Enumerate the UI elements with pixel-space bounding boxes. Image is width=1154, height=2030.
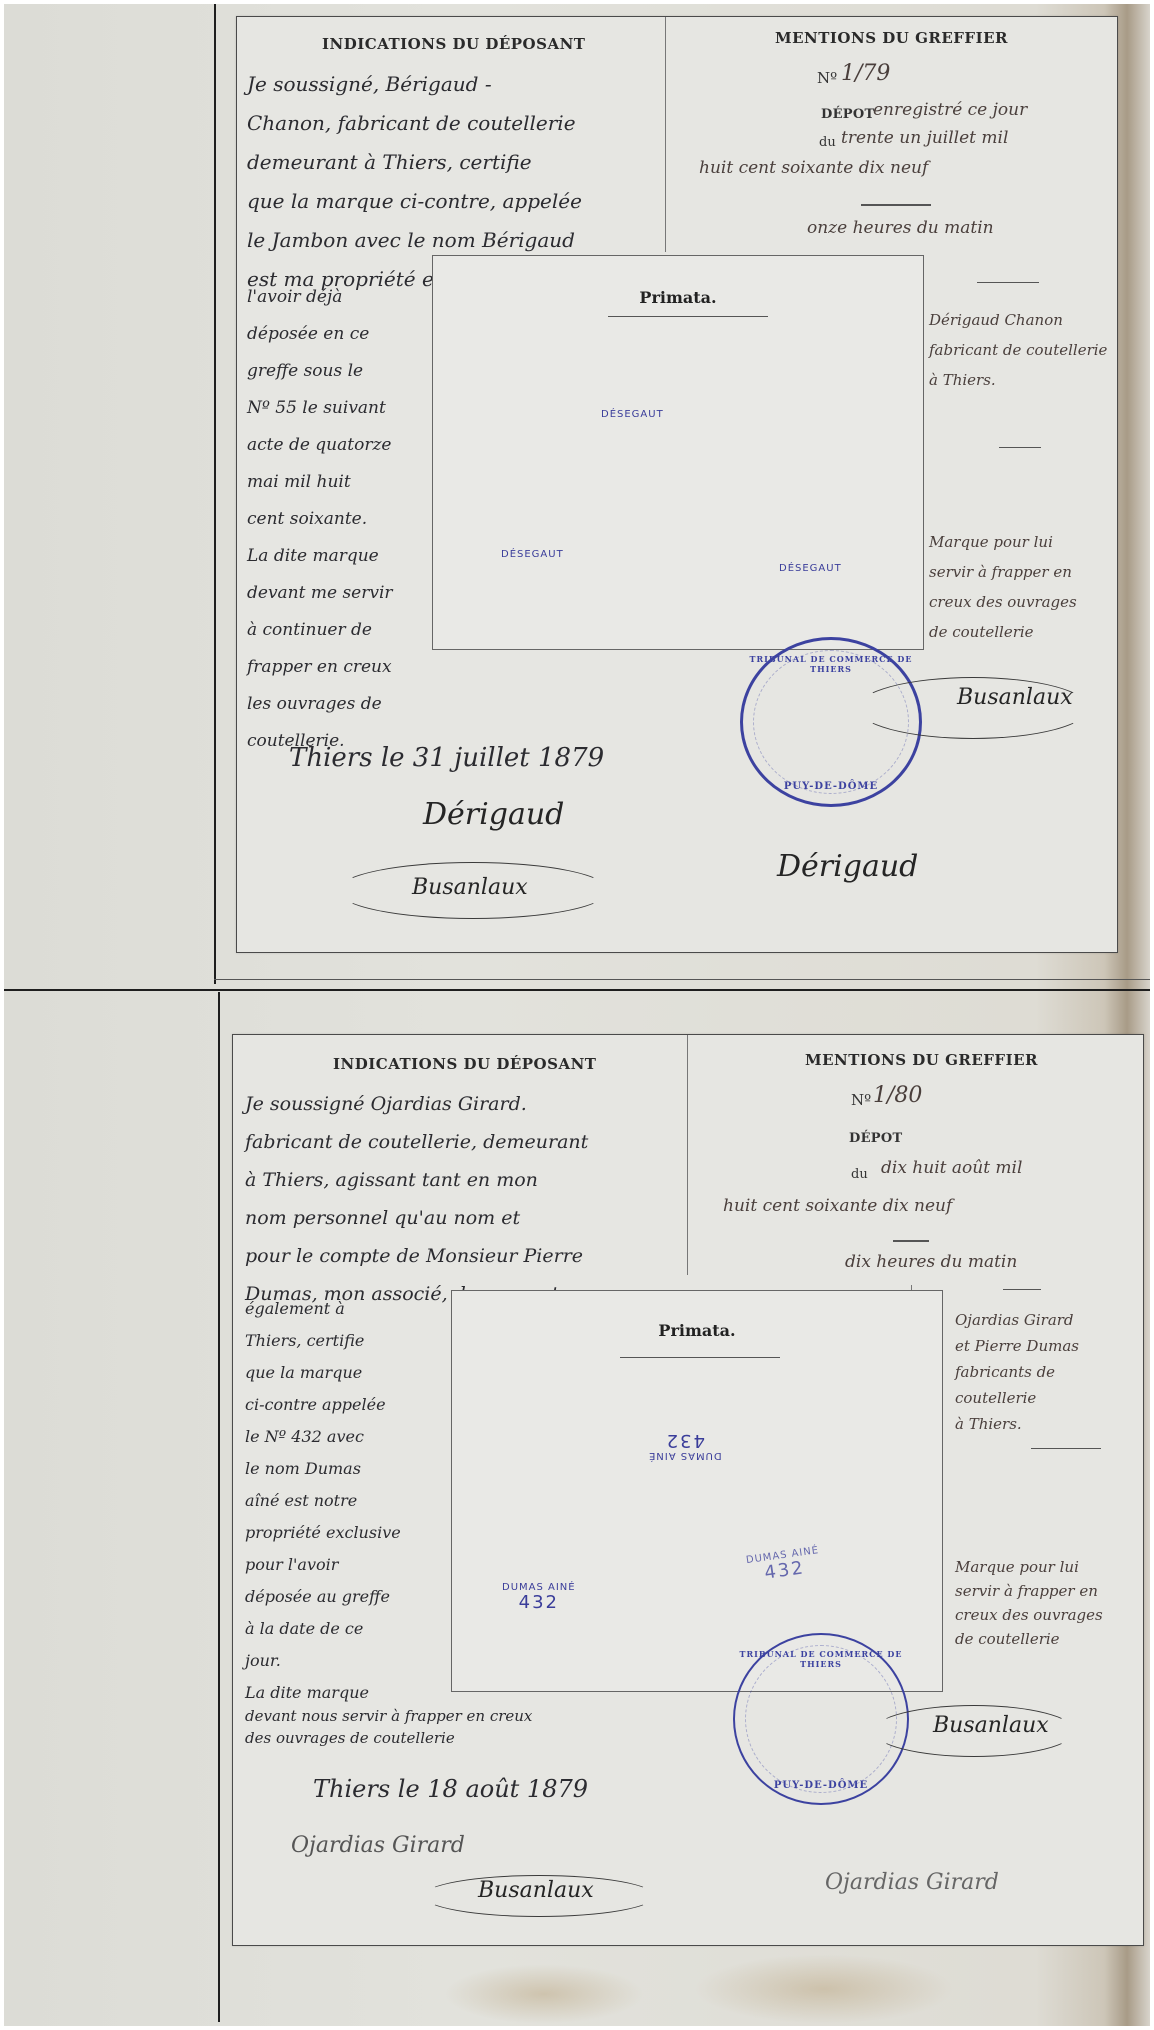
record-2-date-text: dix huit août mil [881, 1153, 1022, 1183]
record-2-mark-stamp-upright: DUMAS AINÉ 432 [502, 1581, 576, 1612]
record-1-primata-label: Primata. [433, 288, 923, 307]
record-2-number-value: 1/80 [873, 1081, 922, 1111]
record-2-separator [893, 1240, 929, 1242]
record-1-primata-box: Primata. DÉSEGAUT DÉSEGAUT DÉSEGAUT [432, 255, 924, 650]
record-2-deposant-bottom-text: devant nous servir à frapper en creux de… [245, 1705, 705, 1749]
record-1-date-text-2: huit cent soixante dix neuf [699, 153, 928, 183]
record-1-card: INDICATIONS DU DÉPOSANT MENTIONS DU GREF… [236, 16, 1118, 953]
stamp-number: 432 [502, 1594, 576, 1612]
record-2-primata-box: Primata. DUMAS AINÉ 432 DUMAS AINÉ 432 D… [451, 1290, 943, 1692]
record-2-seal-text-top: TRIBUNAL DE COMMERCE DE THIERS [735, 1649, 907, 1669]
record-1-greffier-signature: Busanlaux [957, 685, 1073, 710]
record-2-primata-rule [620, 1357, 780, 1358]
record-2-seal-text-bottom: PUY-DE-DÔME [735, 1780, 907, 1791]
record-1-date-text: trente un juillet mil [841, 123, 1008, 153]
record-1-mark-stamp: DÉSEGAUT [601, 408, 664, 421]
stamp-name: DUMAS AINÉ [648, 1450, 722, 1461]
ledger-margin-rule-top [214, 4, 216, 984]
record-1-depot-text: enregistré ce jour [873, 95, 1027, 125]
ledger-divider-rule-top [214, 979, 1150, 980]
paper-stain [444, 1964, 644, 2024]
record-2-deposant-header: INDICATIONS DU DÉPOSANT [333, 1055, 596, 1073]
record-1-deposant-side-text: l'avoir déjà déposée en ce greffe sous l… [247, 279, 432, 760]
record-2-depositor-signature: Ojardias Girard [291, 1833, 465, 1858]
record-2-place-date: Thiers le 18 août 1879 [313, 1770, 588, 1809]
ledger-page: INDICATIONS DU DÉPOSANT MENTIONS DU GREF… [4, 4, 1150, 2026]
record-2-depositor-signature-2: Ojardias Girard [825, 1870, 999, 1895]
record-1-deposant-header: INDICATIONS DU DÉPOSANT [322, 35, 585, 53]
record-2-card: INDICATIONS DU DÉPOSANT MENTIONS DU GREF… [232, 1034, 1144, 1946]
record-1-separator [861, 204, 931, 206]
record-1-mark-stamp: DÉSEGAUT [501, 548, 564, 561]
record-1-depositor-signature: Dérigaud [423, 797, 564, 832]
record-1-separator-2 [977, 282, 1039, 283]
record-2-separator-3 [1031, 1448, 1101, 1449]
record-1-primata-rule [608, 316, 768, 317]
ledger-margin-rule-bottom [218, 992, 220, 2022]
record-2-greffier-header: MENTIONS DU GREFFIER [805, 1051, 1038, 1069]
record-2-separator-2 [1003, 1289, 1041, 1290]
record-1-hour-text: onze heures du matin [807, 213, 994, 243]
record-1-clerk-signature: Busanlaux [412, 875, 528, 900]
record-2-du-label: du [851, 1167, 868, 1182]
record-2-deposant-text: Je soussigné Ojardias Girard. fabricant … [245, 1085, 690, 1313]
record-2-greffier-signature: Busanlaux [933, 1713, 1049, 1738]
record-1-mark-stamp: DÉSEGAUT [779, 562, 842, 575]
record-2-primata-label: Primata. [452, 1321, 942, 1340]
record-1-greffier-mark-text: Marque pour lui servir à frapper en creu… [929, 527, 1109, 647]
record-2-mark-stamp-inverted: DUMAS AINÉ 432 [648, 1431, 722, 1462]
paper-stain [694, 1954, 954, 2024]
ledger-divider-rule [4, 989, 1150, 991]
record-1-depot-label: DÉPOT [821, 107, 874, 122]
record-1-du-label: du [819, 135, 836, 150]
record-1-greffier-header: MENTIONS DU GREFFIER [775, 29, 1008, 47]
record-1-greffier-name: Dérigaud Chanon fabricant de coutellerie… [929, 305, 1109, 395]
record-1-number-value: 1/79 [841, 59, 890, 89]
record-1-depositor-signature-2: Dérigaud [777, 849, 918, 884]
record-2-depot-label: DÉPOT [849, 1131, 902, 1146]
record-1-separator-3 [999, 447, 1041, 448]
record-2-date-text-2: huit cent soixante dix neuf [723, 1191, 952, 1221]
record-2-deposant-side-text: également à Thiers, certifie que la marq… [245, 1293, 445, 1709]
record-1-place-date: Thiers le 31 juillet 1879 [289, 739, 604, 778]
record-1-number-label: Nº [817, 69, 837, 87]
record-2-hour-text: dix heures du matin [845, 1247, 1017, 1277]
record-1-seal-text-top: TRIBUNAL DE COMMERCE DE THIERS [743, 654, 919, 674]
record-2-greffier-mark-text: Marque pour lui servir à frapper en creu… [955, 1555, 1135, 1651]
record-2-number-label: Nº [851, 1091, 871, 1109]
stamp-number: 432 [648, 1431, 722, 1449]
record-2-mark-stamp-tilted: DUMAS AINÉ 432 [745, 1544, 822, 1585]
record-2-clerk-signature: Busanlaux [478, 1878, 594, 1903]
record-2-greffier-name: Ojardias Girard et Pierre Dumas fabrican… [955, 1307, 1135, 1437]
record-1-seal-text-bottom: PUY-DE-DÔME [743, 781, 919, 792]
